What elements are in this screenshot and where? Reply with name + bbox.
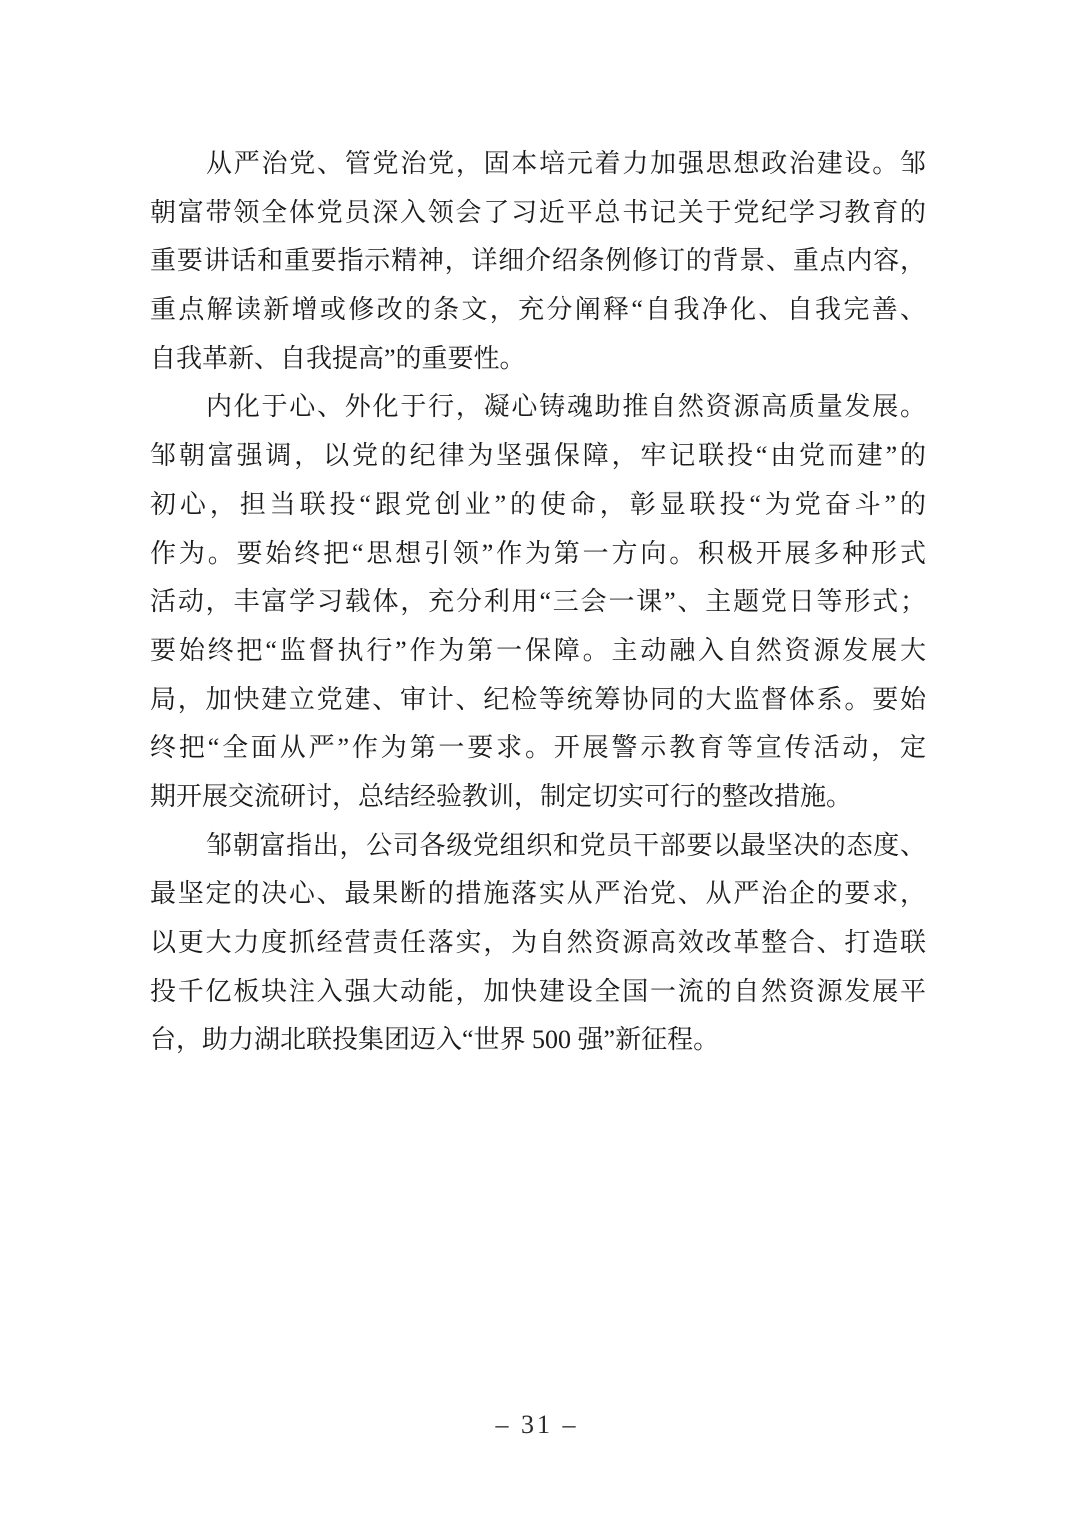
text-line: 终把“全面从严”作为第一要求。开展警示教育等宣传活动，定 (150, 724, 926, 773)
text-line: 重要讲话和重要指示精神，详细介绍条例修订的背景、重点内容， (150, 237, 926, 286)
text-line: 最坚定的决心、最果断的措施落实从严治党、从严治企的要求， (150, 870, 926, 919)
page-number: – 31 – (0, 1410, 1074, 1440)
text-line: 以更大力度抓经营责任落实，为自然资源高效改革整合、打造联 (150, 919, 926, 968)
text-line: 重点解读新增或修改的条文，充分阐释“自我净化、自我完善、 (150, 286, 926, 335)
text-line: 局，加快建立党建、审计、纪检等统筹协同的大监督体系。要始 (150, 676, 926, 725)
text-line: 内化于心、外化于行，凝心铸魂助推自然资源高质量发展。 (150, 383, 926, 432)
text-line: 从严治党、管党治党，固本培元着力加强思想政治建设。邹 (150, 140, 926, 189)
text-line: 投千亿板块注入强大动能，加快建设全国一流的自然资源发展平 (150, 968, 926, 1017)
text-line: 初心，担当联投“跟党创业”的使命，彰显联投“为党奋斗”的 (150, 481, 926, 530)
text-line: 邹朝富强调，以党的纪律为坚强保障，牢记联投“由党而建”的 (150, 432, 926, 481)
text-line: 朝富带领全体党员深入领会了习近平总书记关于党纪学习教育的 (150, 189, 926, 238)
text-line: 活动，丰富学习载体，充分利用“三会一课”、主题党日等形式； (150, 578, 926, 627)
text-line: 作为。要始终把“思想引领”作为第一方向。积极开展多种形式 (150, 530, 926, 579)
text-line: 邹朝富指出，公司各级党组织和党员干部要以最坚决的态度、 (150, 822, 926, 871)
text-line: 期开展交流研讨，总结经验教训，制定切实可行的整改措施。 (150, 773, 926, 822)
text-line: 自我革新、自我提高”的重要性。 (150, 335, 926, 384)
text-line: 台，助力湖北联投集团迈入“世界 500 强”新征程。 (150, 1016, 926, 1065)
text-line: 要始终把“监督执行”作为第一保障。主动融入自然资源发展大 (150, 627, 926, 676)
document-page: 从严治党、管党治党，固本培元着力加强思想政治建设。邹朝富带领全体党员深入领会了习… (0, 0, 1074, 1520)
document-body: 从严治党、管党治党，固本培元着力加强思想政治建设。邹朝富带领全体党员深入领会了习… (150, 140, 926, 1065)
